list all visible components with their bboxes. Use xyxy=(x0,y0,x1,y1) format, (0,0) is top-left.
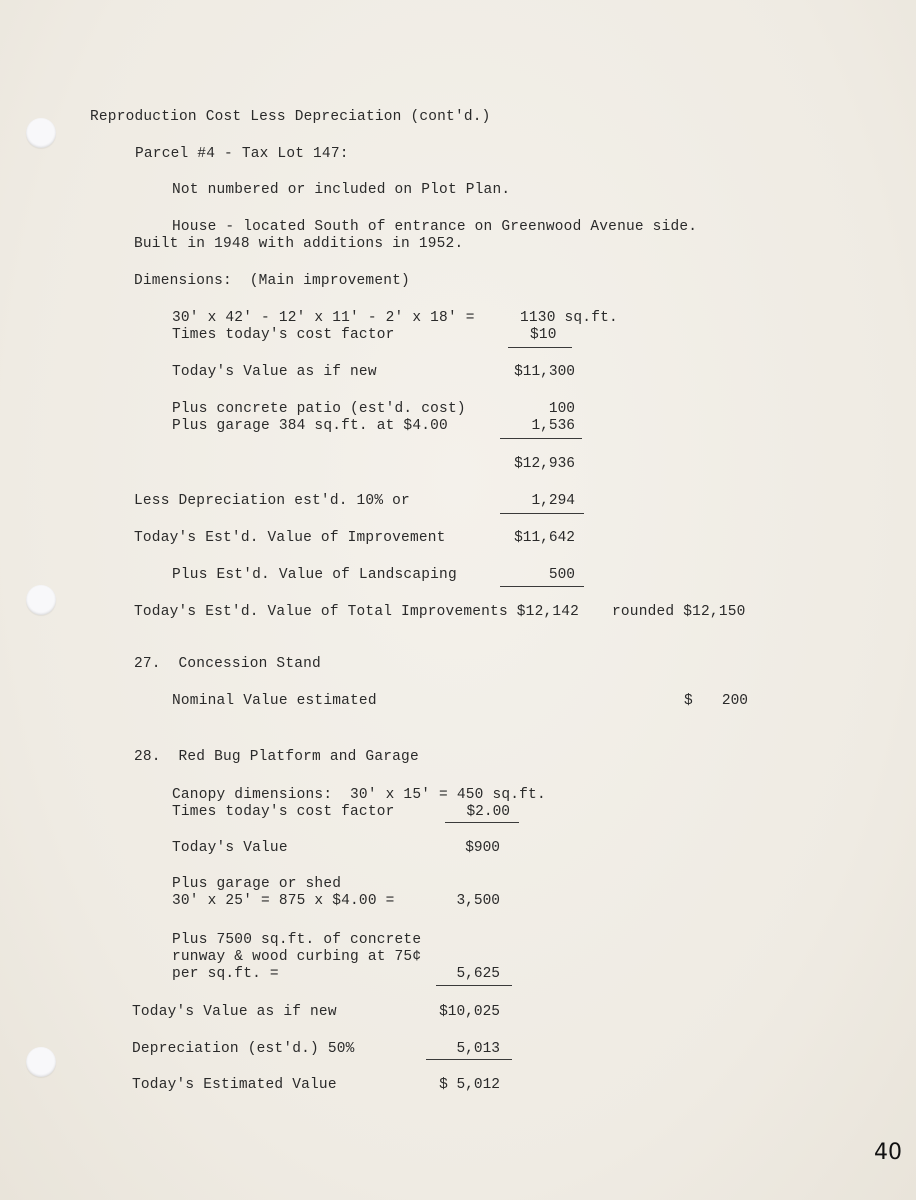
calc-value: $11,642 xyxy=(495,530,575,547)
parcel-note: Not numbered or included on Plot Plan. xyxy=(172,182,510,199)
parcel-description: Built in 1948 with additions in 1952. xyxy=(134,236,463,253)
calc-value: 1,294 xyxy=(495,493,575,510)
underline xyxy=(436,985,512,986)
calc-value: $11,300 xyxy=(495,364,575,381)
calc-label: Today's Value as if new xyxy=(132,1004,337,1021)
calc-value: 1130 sq.ft. xyxy=(520,310,618,327)
calc-value: 5,013 xyxy=(420,1041,500,1058)
item-27-label: Nominal Value estimated xyxy=(172,693,377,710)
calc-value: $2.00 xyxy=(430,804,510,821)
calc-label: Plus concrete patio (est'd. cost) xyxy=(172,401,466,418)
document-page: Reproduction Cost Less Depreciation (con… xyxy=(0,0,916,1200)
punch-hole xyxy=(26,1047,56,1077)
calc-value: $10,025 xyxy=(420,1004,500,1021)
calc-value: $900 xyxy=(420,840,500,857)
item-27-currency: $ xyxy=(684,693,693,710)
calc-label: Canopy dimensions: 30' x 15' = 450 sq.ft… xyxy=(172,787,546,804)
document-title: Reproduction Cost Less Depreciation (con… xyxy=(90,109,491,126)
final-value: $ 5,012 xyxy=(420,1077,500,1094)
underline xyxy=(500,513,584,514)
calc-label: Plus 7500 sq.ft. of concrete xyxy=(172,932,421,949)
calc-label: Plus Est'd. Value of Landscaping xyxy=(172,567,457,584)
dimensions-label: Dimensions: (Main improvement) xyxy=(134,273,410,290)
calc-label: Less Depreciation est'd. 10% or xyxy=(134,493,410,510)
underline xyxy=(426,1059,512,1060)
parcel-heading: Parcel #4 - Tax Lot 147: xyxy=(135,146,349,163)
calc-subtotal: $12,936 xyxy=(495,456,575,473)
calc-label: Plus garage or shed xyxy=(172,876,341,893)
item-28-heading: 28. Red Bug Platform and Garage xyxy=(134,749,419,766)
underline xyxy=(445,822,519,823)
calc-label: 30' x 42' - 12' x 11' - 2' x 18' = xyxy=(172,310,475,327)
page-number: 40 xyxy=(874,1140,902,1165)
parcel-description: House - located South of entrance on Gre… xyxy=(172,219,697,236)
calc-value: 3,500 xyxy=(420,893,500,910)
underline xyxy=(500,438,582,439)
calc-label: Today's Value xyxy=(172,840,288,857)
calc-value: 100 xyxy=(495,401,575,418)
calc-value: $10 xyxy=(530,327,557,344)
total-rounded: rounded $12,150 xyxy=(612,604,746,621)
calc-label: Times today's cost factor xyxy=(172,327,395,344)
calc-value: 1,536 xyxy=(495,418,575,435)
calc-value: 500 xyxy=(495,567,575,584)
calc-label: Plus garage 384 sq.ft. at $4.00 xyxy=(172,418,448,435)
punch-hole xyxy=(26,118,56,148)
calc-label: Today's Est'd. Value of Improvement xyxy=(134,530,446,547)
punch-hole xyxy=(26,585,56,615)
calc-label: Depreciation (est'd.) 50% xyxy=(132,1041,355,1058)
calc-label: runway & wood curbing at 75¢ xyxy=(172,949,421,966)
calc-label: Times today's cost factor xyxy=(172,804,395,821)
calc-label: Today's Value as if new xyxy=(172,364,377,381)
calc-label: 30' x 25' = 875 x $4.00 = xyxy=(172,893,395,910)
total-label: Today's Est'd. Value of Total Improvemen… xyxy=(134,604,579,621)
item-27-heading: 27. Concession Stand xyxy=(134,656,321,673)
item-27-value: 200 xyxy=(700,693,748,710)
underline xyxy=(508,347,572,348)
calc-value: 5,625 xyxy=(420,966,500,983)
underline xyxy=(500,586,584,587)
calc-label: per sq.ft. = xyxy=(172,966,279,983)
final-label: Today's Estimated Value xyxy=(132,1077,337,1094)
